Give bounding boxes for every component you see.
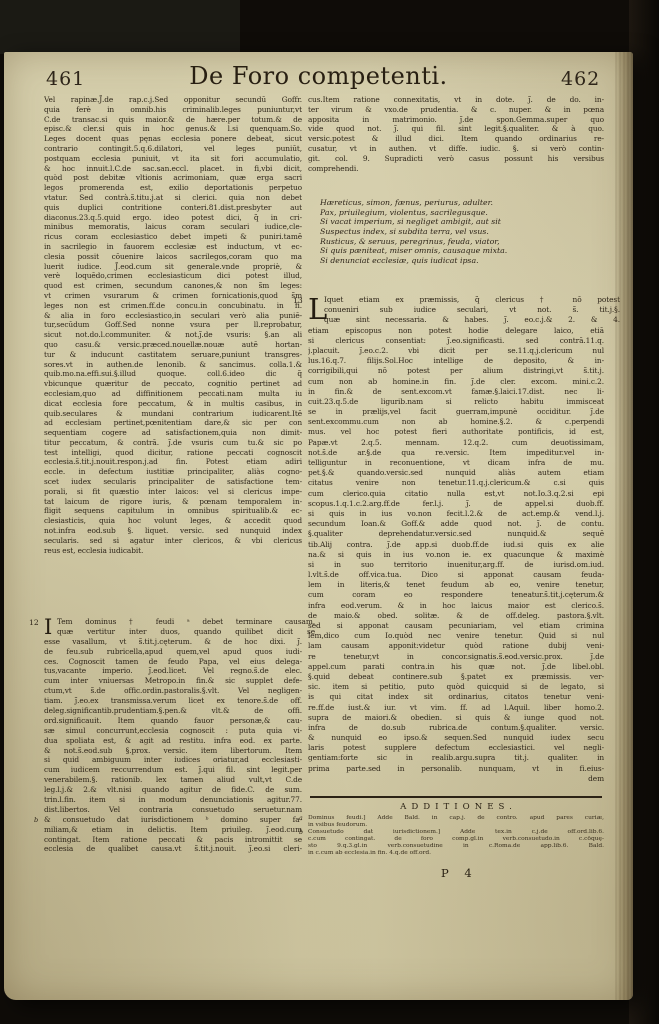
text-line: quis duplici contritione conteri.81.dist… — [44, 203, 302, 213]
text-line: git. col. 9. Supradicti verò casus possu… — [308, 154, 604, 164]
gathering-signature: P 4 — [441, 866, 472, 880]
text-line: se in prælijs,vel facit guerram,impunè o… — [308, 407, 604, 417]
text-line: Papæ.vt 2.q.5. mennam. 12.q.2. cum deuot… — [308, 438, 604, 448]
text-line: ter virum & vxo.de prudentia. & c. nuper… — [308, 105, 604, 115]
text-line: titur peccatum, & contrā. j̃.de vsuris c… — [44, 438, 302, 448]
text-line: sic. item si petitio, puto quòd quicquid… — [308, 682, 604, 692]
text-line: ecclesia.s̃.tit.j.nouit.respon.j.ad fin.… — [44, 457, 302, 467]
text-line: cum clerico.quia citatio nulla est,vt no… — [308, 489, 604, 499]
left-text-column: Vel rapinæ.J̃.de rap.c.j.Sed opponitur s… — [44, 52, 302, 1000]
addition-line: c.cum contingat. de foro comp.gl.in verb… — [308, 836, 604, 843]
text-line: infra eod.verum. & in hoc laicus maior e… — [308, 601, 604, 611]
text-line: legos promerenda est, exilio deportation… — [44, 183, 302, 193]
text-line: & consuetudo dat iurisdictionem ᵇ domino… — [44, 815, 302, 825]
text-line: contrario contingit.5.q.6.dilatori, vel … — [44, 144, 302, 154]
text-line: secularis. sed si agatur inter clericos,… — [44, 536, 302, 546]
text-line: miliam,& etiam in delictis. Item priuile… — [44, 825, 302, 835]
text-line: supra de maiori.& obedien. si quis & iun… — [308, 713, 604, 723]
text-line: conueniri sub iudice seculari, vt not. s… — [308, 305, 620, 315]
additiones-heading: ADDITIONES. — [308, 802, 604, 812]
text-line: sicut not.do.l.communiter. & not.j̃.de v… — [44, 330, 302, 340]
addition-line: Consuetudo dat iurisdictionem.] Adde tex… — [308, 829, 604, 836]
photo-backdrop: { "colors": { "paper": "#d2cba8", "ink":… — [0, 0, 659, 1024]
text-line: Tem dominus † feudi ᵃ debet terminare ca… — [44, 617, 315, 627]
text-line: reus est, ecclesia iudicabit. — [44, 546, 302, 556]
text-line: Vel rapinæ.J̃.de rap.c.j.Sed opponitur s… — [44, 95, 302, 105]
text-line: ctum,vt s̃.de offic.ordin.pastoralis.§.v… — [44, 686, 302, 696]
text-line: quib.mo.na.effi.sui.§.illud quoque. coll… — [44, 369, 302, 379]
addition-entry-a: aDominus feudi.] Adde Bald. in cap.j. de… — [308, 815, 604, 829]
verse-line: Rusticus, & seruus, peregrinus, feuda, v… — [320, 237, 604, 247]
text-line: quæ sint necessaria. & habes. j̃. eo.c.j… — [308, 315, 620, 325]
text-line: scopus.1.q.1.c.2.arg.ff.de fer.l.j. j̃. … — [308, 499, 604, 509]
text-line: clesiasticis, quia hoc volunt leges, & a… — [44, 516, 302, 526]
text-line: vbicunque quæritur de peccato, cognitio … — [44, 379, 302, 389]
text-line: apposita in matrimonio. j̃.de spon.Gemma… — [308, 115, 604, 125]
text-line: sent.excommu.cum non ab homine.§.2. & c.… — [308, 417, 604, 427]
text-line: tiam. j̃.eo.ex transmissa.verum licet ex… — [44, 696, 302, 706]
text-line: venerabilem.§. rationib. lex tamen aliud… — [44, 775, 302, 785]
text-line: cusatur, vt in authen. vt diffe. iudic. … — [308, 144, 604, 154]
text-line: tur & inducunt castitatem seruare,puniun… — [44, 350, 302, 360]
section-divider — [310, 796, 602, 798]
text-line: verè loquēdo,crimen ecclesiasticum dici … — [44, 271, 302, 281]
text-line: dist.libertos. Vel contraria consuetudo … — [44, 805, 302, 815]
text-line: ricus coram ecclesiastico debet impeti &… — [44, 232, 302, 242]
text-line: cum iudicem reccurrendum est. j̃.qui fil… — [44, 765, 302, 775]
text-line: ord.significauit. Item quando fauor pers… — [44, 716, 302, 726]
addition-line: sto 9.q.3.gl.in verb.consuetudine in c.R… — [308, 843, 604, 850]
text-line: telliguntur in reconuentione, vt dicam i… — [308, 458, 604, 468]
text-line: quib.seculares & mundani contrarium iudi… — [44, 409, 302, 419]
text-line: secundum Ioan.& Goff.& adde quod not. j̃… — [308, 519, 604, 529]
text-line: dua spoliata est, & agit ad restitu. inf… — [44, 736, 302, 746]
addition-marker-b: b — [299, 829, 303, 836]
mnemonic-verses: Hæreticus, simon, fænus, periurus, adult… — [308, 198, 604, 266]
text-line: j.placuit. j̃.eo.c.2. vbi dicit per se.1… — [308, 346, 604, 356]
photo-edge-tint — [0, 0, 240, 54]
text-line: luerit iudice. J̃.eod.cum sit generale.v… — [44, 262, 302, 272]
text-line: prima parte.sed in personalib. nunquam, … — [308, 764, 604, 774]
text-line: lam causam apponit:videtur quòd ratione … — [308, 641, 604, 651]
drop-cap: I — [44, 617, 52, 638]
text-line: clesia possit cōuenire laicos sacrilegos… — [44, 252, 302, 262]
addition-entry-b: bConsuetudo dat iurisdictionem.] Adde te… — [308, 829, 604, 857]
text-line: lem in literis,& tenet feudum ab eo, ven… — [308, 580, 604, 590]
addition-line: Dominus feudi.] Adde Bald. in cap.j. de … — [308, 815, 604, 822]
text-line: appel.cum parati contra.in his quæ not. … — [308, 662, 604, 672]
additiones-section: ADDITIONES.aDominus feudi.] Adde Bald. i… — [308, 796, 604, 857]
text-line: quia ferè in omnib.his criminalib.leges … — [44, 105, 302, 115]
text-line: esse vasallum, vt s̃.tit.j.cęterum. & de… — [44, 637, 302, 647]
text-line: si clericus consentiat: j̃.eo.significas… — [308, 336, 604, 346]
paragraph: cus.Item ratione connexitatis, vt in dot… — [308, 95, 604, 173]
text-line: & alia in foro ecclesiastico,in seculari… — [44, 311, 302, 321]
text-line: lus.16.q.7. filijs.Sol.Hoc intellige de … — [308, 356, 604, 366]
text-line: test intelligi, quod dicitur, ratione pe… — [44, 448, 302, 458]
verse-line: Si quis pæniteat, miser omnis, causaque … — [320, 246, 604, 256]
text-line: si quid ambiguum inter iudices oriatur,a… — [44, 755, 302, 765]
text-line: si in suo territorio inuenitur,arg.ff. d… — [308, 560, 604, 570]
text-line: cum inter vniuersas Metropo.in fin.& sic… — [44, 676, 302, 686]
verse-line: Hæreticus, simon, fænus, periurus, adult… — [320, 198, 604, 208]
text-line: fligit sequens capitulum in omnibus spir… — [44, 506, 302, 516]
text-line: quæ vertitur inter duos, quando quilibet… — [44, 627, 315, 637]
addition-marker-a: a — [299, 815, 303, 822]
text-line: lem,dico cum Io.quòd nec venire tenetur.… — [308, 631, 604, 641]
text-line: de maio.& obed. solitæ. & de off.deleg. … — [308, 611, 604, 621]
text-line: minibus memoratis, laicus coram seculari… — [44, 222, 302, 232]
text-line: deleg.significantib.prudentiam.§.pen.& v… — [44, 706, 302, 716]
text-line: leges non est crimen.ff.de concu.in conc… — [44, 301, 302, 311]
text-line: leg.l.j.& 2.& vlt.nisi quando agitur de … — [44, 785, 302, 795]
text-line: diaconus.23.q.5.quid ergo. ideo potest d… — [44, 213, 302, 223]
text-line: in sacrilegio in fauorem ecclesiæ est in… — [44, 242, 302, 252]
text-line: ces. Cognoscit tamen de feudo Papa, vel … — [44, 657, 302, 667]
text-line: mus. vel hoc potest fieri authoritate po… — [308, 427, 604, 437]
text-line: quod est crimen, secundum canones,& non … — [44, 281, 302, 291]
text-line: ecclesiam,quo ad diffinitionem peccati.n… — [44, 389, 302, 399]
text-line: de feu.sub rubricella,apud quem,vel apud… — [44, 647, 302, 657]
text-line: scet iudex secularis principaliter de sa… — [44, 477, 302, 487]
text-line: ecclesia de qualibet causa.vt s̃.tit.j.n… — [44, 844, 302, 854]
text-line: Iquet etiam ex præmissis, q̃ clericus † … — [308, 295, 620, 305]
text-line: quo casu.& versic.præced.nouellæ.nouæ au… — [44, 340, 302, 350]
text-line: sed si apponat causam pecuniariam, vel e… — [308, 621, 604, 631]
text-line: etiam episcopus non potest hodie delegar… — [308, 326, 604, 336]
text-line: citatus venire non tenetur.11.q.j.cleric… — [308, 478, 604, 488]
verse-line: Pax, priuilegium, violentus, sacrilegusq… — [320, 208, 604, 218]
text-line: dem — [308, 774, 604, 784]
text-line: sæ simul concurrunt,ecclesia cognoscit :… — [44, 726, 302, 736]
photo-right-shadow — [629, 0, 659, 1024]
text-line: pet.§.& quando.versic.sed nunquid aliàs … — [308, 468, 604, 478]
text-line: & nunquid eo ipso.& sequen.Sed nunquid i… — [308, 733, 604, 743]
text-line: sequentiam cogere ad satisfactionem,quia… — [44, 428, 302, 438]
addition-line: in vsibus feudorum. — [308, 822, 604, 829]
text-line: & not.s̃.eod.sub §.prox. versic. item li… — [44, 746, 302, 756]
text-line: is qui citat index sit ordinarius, citat… — [308, 692, 604, 702]
text-line: in fin.& de sent.excom.vt famæ.§.laici.1… — [308, 387, 604, 397]
book-page: 461 De Foro competenti. 462 Vel rapinæ.J… — [4, 52, 633, 1000]
text-line: re.ff.de iust.& iur. vt vim. ff. ad l.Aq… — [308, 703, 604, 713]
text-line: tib.Alij contra. j̃.de app.si duob.ff.de… — [308, 540, 604, 550]
text-line: re tenetur,vt in concor.signatis.s̃.eod.… — [308, 652, 604, 662]
verse-line: Si denunciat ecclesiæ, quis iudicat ipsa… — [320, 256, 604, 266]
text-line: episc.& cler.si quis in hoc genus.& l.si… — [44, 124, 302, 134]
text-line: versic.potest & illud dici. Item quando … — [308, 134, 604, 144]
text-line: quòd post debitæ vltionis acrimoniam, qu… — [44, 173, 302, 183]
paragraph-13: 13LIquet etiam ex præmissis, q̃ clericus… — [308, 295, 604, 784]
text-line: vtatur. Sed contrà.s̃.titu.j.at si cleri… — [44, 193, 302, 203]
text-line: laris potest supplere defectum ecclesias… — [308, 743, 604, 753]
text-line: tur,secūdum Goff.Sed nonne vsura per ll.… — [44, 320, 302, 330]
text-line: §.quid debeat continere.sub §.patet ex p… — [308, 672, 604, 682]
text-line: tus,vacante imperio. j̃.eod.licet. Vel r… — [44, 666, 302, 676]
drop-cap: L — [308, 295, 327, 324]
text-line: contingat. Item ratione peccati & pacis … — [44, 835, 302, 845]
text-line: & hoc innuit.l.C.de sac.san.eccl. placet… — [44, 164, 302, 174]
addition-line: in c.cum ab ecclesia.in fin. 4.q.de off.… — [308, 850, 604, 857]
text-line: vt crimen vsurarum & crimen fornicationi… — [44, 291, 302, 301]
text-line: C.de transac.si quis maior.& de hære.per… — [44, 115, 302, 125]
text-line: tat laicum de rigore iuris, & pœnam temp… — [44, 497, 302, 507]
text-line: corrigibili,qui nō potest per alium dist… — [308, 366, 604, 376]
verse-line: Suspectus index, si subdita terra, vel v… — [320, 227, 604, 237]
text-line: na.& si quis in ius vo.non ie. ex quacun… — [308, 550, 604, 560]
text-line: vide quod not. j̃. qui fil. sint legit.§… — [308, 124, 604, 134]
paragraph-number: 12 — [29, 618, 39, 627]
right-text-column: cus.Item ratione connexitatis, vt in dot… — [308, 52, 604, 1000]
text-line: cum coram eo respondere teneatur.s̃.tit.… — [308, 590, 604, 600]
text-line: postquam ecclesia puniuit, vt ita sit fo… — [44, 154, 302, 164]
text-line: cus.Item ratione connexitatis, vt in dot… — [308, 95, 604, 105]
paragraph-12: 12ITem dominus † feudi ᵃ debet terminare… — [44, 617, 302, 854]
text-line: dicat ecclesia fore peccatum, & in multi… — [44, 399, 302, 409]
text-line: ad ecclesiam pertinet,pœnitentiam dare,&… — [44, 418, 302, 428]
text-line: cuit.23.q.5.de ligurib.nam si relicto ha… — [308, 397, 604, 407]
verse-line: Si vacat imperium, si negliget ambigit, … — [320, 217, 604, 227]
text-line: comprehendi. — [308, 164, 604, 174]
paragraph-number: 13 — [293, 296, 303, 305]
text-line: cum non ab homine.in fin. j̃.de cler. ex… — [308, 377, 604, 387]
text-line: not.s̃.de ar.§.de qua re.versic. Item im… — [308, 448, 604, 458]
text-line: Leges docent quas pęnas ecclesia ponere … — [44, 134, 302, 144]
paragraph: Vel rapinæ.J̃.de rap.c.j.Sed opponitur s… — [44, 95, 302, 555]
page-fore-edge — [615, 52, 633, 1000]
text-line: si quis in ius vo.non fecit.l.2.& de act… — [308, 509, 604, 519]
text-line: gentiam:forte sic in realib.argu.supra t… — [308, 753, 604, 763]
text-line: not.infra eod.sub §. liquet. versic. sed… — [44, 526, 302, 536]
text-line: §.qualiter deprehendatur.versic.sed nunq… — [308, 529, 604, 539]
text-line: trin.l.fin. item si in modum denunciatio… — [44, 795, 302, 805]
text-line: l.vlt.s̃.de off.vica.tua. Dico si appona… — [308, 570, 604, 580]
text-line: sores.vt in authen.de lenonib. & sancimu… — [44, 360, 302, 370]
text-line: infra de do.sub rubrica.de contum.§.qual… — [308, 723, 604, 733]
text-line: eccle. in defectum iustitiæ principalite… — [44, 467, 302, 477]
text-line: porali, si fit quæstio inter laicos: vel… — [44, 487, 302, 497]
margin-letter-b: b — [34, 816, 38, 824]
